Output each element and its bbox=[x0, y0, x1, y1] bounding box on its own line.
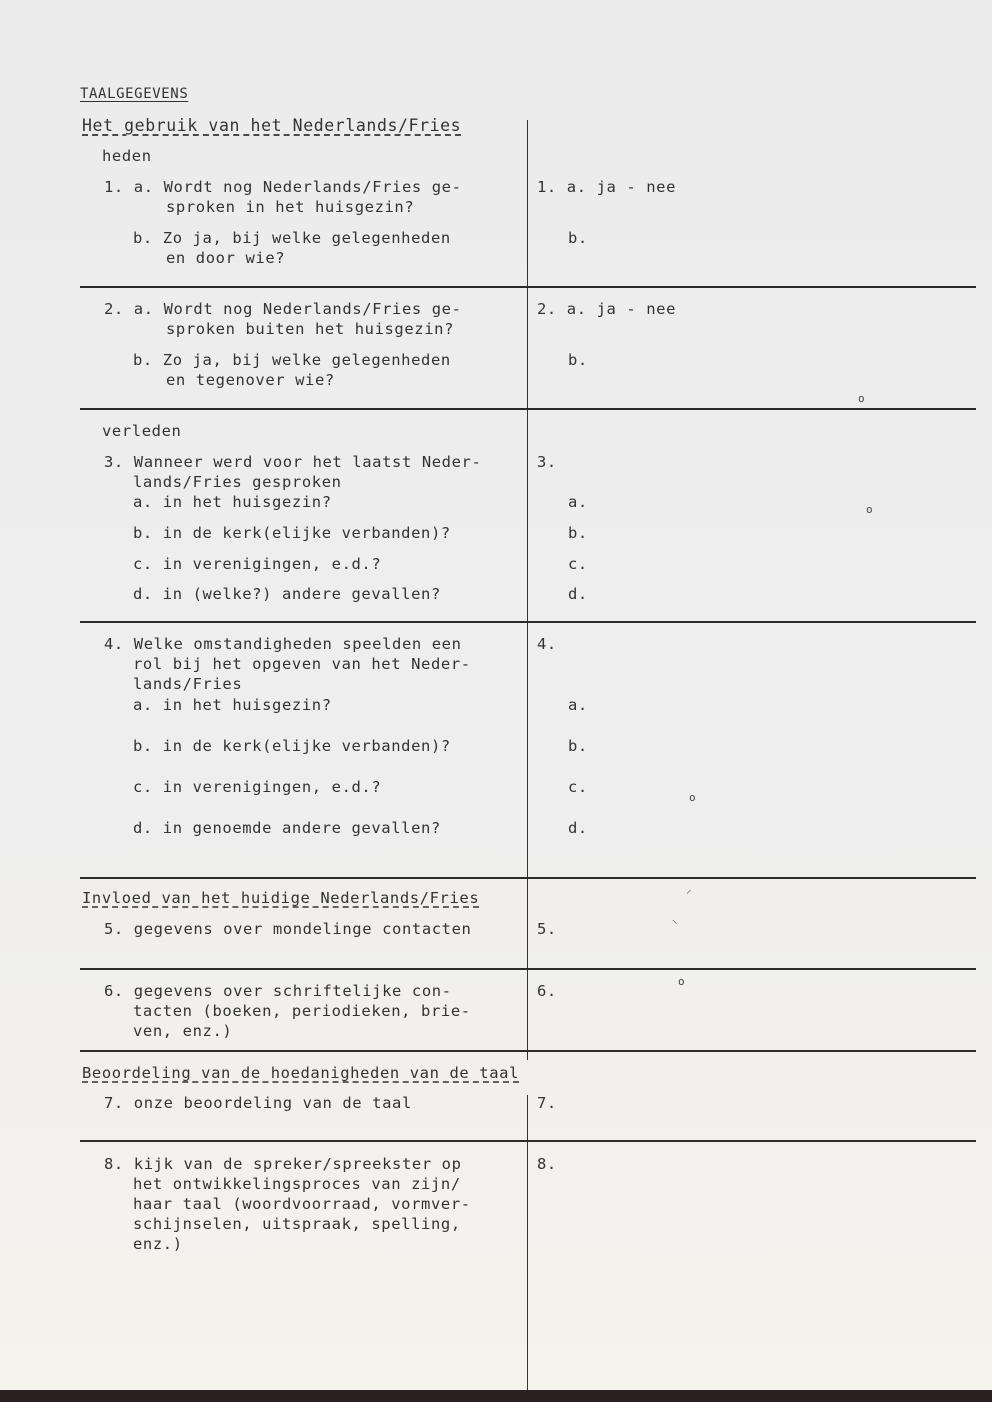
answer-4[interactable]: 4. bbox=[537, 634, 557, 654]
question-2b-cont: en tegenover wie? bbox=[166, 370, 335, 390]
question-2a: 2. a. Wordt nog Nederlands/Fries ge- bbox=[104, 299, 462, 319]
subheading-verleden: verleden bbox=[102, 421, 181, 441]
question-4d: d. in genoemde andere gevallen? bbox=[133, 818, 441, 838]
answer-4d[interactable]: d. bbox=[568, 818, 588, 838]
paper-mark: o bbox=[689, 791, 696, 804]
question-2a-cont: sproken buiten het huisgezin? bbox=[166, 319, 454, 339]
answer-1a[interactable]: 1. a. ja - nee bbox=[537, 177, 676, 197]
form-title: TAALGEGEVENS bbox=[80, 84, 188, 104]
question-1b-cont: en door wie? bbox=[166, 248, 285, 268]
question-1b: b. Zo ja, bij welke gelegenheden bbox=[133, 228, 451, 248]
answer-3a[interactable]: a. bbox=[568, 492, 588, 512]
question-8: 8. kijk van de spreker/spreekster op bbox=[104, 1154, 462, 1174]
answer-3[interactable]: 3. bbox=[537, 452, 557, 472]
answer-2b[interactable]: b. bbox=[568, 350, 588, 370]
row-rule bbox=[80, 877, 976, 879]
question-6-cont2: ven, enz.) bbox=[133, 1021, 232, 1041]
row-rule bbox=[80, 408, 976, 410]
form-page: TAALGEGEVENS Het gebruik van het Nederla… bbox=[0, 0, 992, 1390]
answer-5[interactable]: 5. bbox=[537, 919, 557, 939]
section-heading-beoordeling: Beoordeling van de hoedanigheden van de … bbox=[82, 1063, 519, 1083]
row-rule bbox=[80, 621, 976, 623]
question-4b: b. in de kerk(elijke verbanden)? bbox=[133, 736, 451, 756]
paper-mark: o bbox=[678, 975, 685, 988]
question-3: 3. Wanneer werd voor het laatst Neder- bbox=[104, 452, 481, 472]
section-heading-gebruik: Het gebruik van het Nederlands/Fries bbox=[82, 116, 461, 136]
question-3b: b. in de kerk(elijke verbanden)? bbox=[133, 523, 451, 543]
scan-background-edge bbox=[0, 1390, 992, 1402]
question-1a: 1. a. Wordt nog Nederlands/Fries ge- bbox=[104, 177, 462, 197]
question-4a: a. in het huisgezin? bbox=[133, 695, 332, 715]
answer-3c[interactable]: c. bbox=[568, 554, 588, 574]
question-3-cont: lands/Fries gesproken bbox=[133, 472, 342, 492]
question-4: 4. Welke omstandigheden speelden een bbox=[104, 634, 462, 654]
question-8-cont3: schijnselen, uitspraak, spelling, bbox=[133, 1214, 461, 1234]
question-3a: a. in het huisgezin? bbox=[133, 492, 332, 512]
answer-6[interactable]: 6. bbox=[537, 981, 557, 1001]
question-6: 6. gegevens over schriftelijke con- bbox=[104, 981, 452, 1001]
row-rule bbox=[80, 1140, 976, 1142]
subheading-heden: heden bbox=[102, 146, 152, 166]
row-rule bbox=[80, 968, 976, 970]
section-heading-invloed: Invloed van het huidige Nederlands/Fries bbox=[82, 888, 479, 908]
question-8-cont4: enz.) bbox=[133, 1234, 183, 1254]
answer-7[interactable]: 7. bbox=[537, 1093, 557, 1113]
answer-4c[interactable]: c. bbox=[568, 777, 588, 797]
question-5: 5. gegevens over mondelinge contacten bbox=[104, 919, 471, 939]
paper-mark: o bbox=[866, 503, 873, 516]
question-4-cont2: lands/Fries bbox=[133, 674, 242, 694]
row-rule bbox=[80, 1050, 976, 1052]
answer-8[interactable]: 8. bbox=[537, 1154, 557, 1174]
question-4-cont: rol bij het opgeven van het Neder- bbox=[133, 654, 471, 674]
question-7: 7. onze beoordeling van de taal bbox=[104, 1093, 412, 1113]
question-6-cont: tacten (boeken, periodieken, brie- bbox=[133, 1001, 471, 1021]
answer-1b[interactable]: b. bbox=[568, 228, 588, 248]
question-3c: c. in verenigingen, e.d.? bbox=[133, 554, 381, 574]
answer-3b[interactable]: b. bbox=[568, 523, 588, 543]
question-4c: c. in verenigingen, e.d.? bbox=[133, 777, 381, 797]
column-divider bbox=[527, 120, 528, 1060]
paper-mark: ⸝ bbox=[686, 882, 692, 897]
paper-mark: o bbox=[858, 392, 865, 405]
question-8-cont: het ontwikkelingsproces van zijn/ bbox=[133, 1174, 461, 1194]
answer-2a[interactable]: 2. a. ja - nee bbox=[537, 299, 676, 319]
question-1a-cont: sproken in het huisgezin? bbox=[166, 197, 414, 217]
question-8-cont2: haar taal (woordvoorraad, vormver- bbox=[133, 1194, 471, 1214]
answer-4b[interactable]: b. bbox=[568, 736, 588, 756]
row-rule bbox=[80, 286, 976, 288]
question-2b: b. Zo ja, bij welke gelegenheden bbox=[133, 350, 451, 370]
answer-3d[interactable]: d. bbox=[568, 584, 588, 604]
answer-4a[interactable]: a. bbox=[568, 695, 588, 715]
question-3d: d. in (welke?) andere gevallen? bbox=[133, 584, 441, 604]
paper-mark: ⸜ bbox=[672, 912, 678, 927]
